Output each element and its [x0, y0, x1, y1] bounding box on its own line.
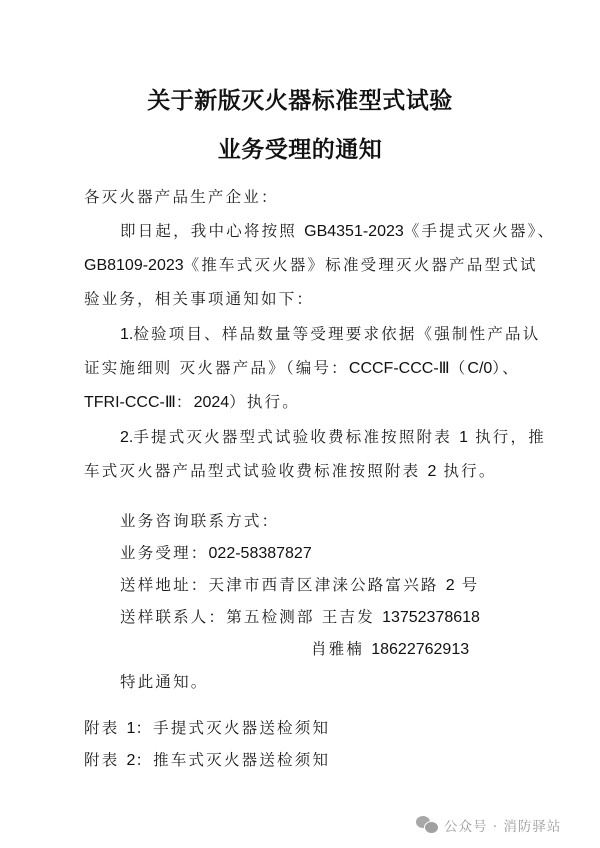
intro-text: 《推车式灭火器》标准受理灭火器产品型式试	[184, 256, 538, 274]
item-text: （	[450, 359, 468, 377]
item-number: 1.	[120, 326, 133, 343]
business-phone: 022-58387827	[209, 545, 312, 562]
contact-phone: 18622762913	[371, 641, 469, 658]
item-text: ）执行。	[229, 393, 300, 411]
intro-line-3: 验业务，相关事项通知如下：	[84, 289, 314, 309]
regulation-code: CCCF-CCC-Ⅲ	[349, 360, 450, 377]
attachment-1: 附表 1：手提式灭火器送检须知	[84, 718, 330, 739]
item-1-line-2: 证实施细则 灭火器产品》（编号：CCCF-CCC-Ⅲ（C/0）、	[84, 358, 520, 379]
regulation-code: C/0	[467, 360, 492, 377]
contact-phone: 13752378618	[382, 609, 480, 626]
document-title-line1: 关于新版灭火器标准型式试验	[0, 82, 600, 115]
item-text: 检验项目、样品数量等受理要求依据《强制性产品认	[133, 325, 540, 343]
address-suffix: 号	[455, 576, 480, 594]
contact-person-1: 送样联系人：第五检测部 王吉发 13752378618	[120, 607, 480, 628]
standard-code: GB4351-2023	[304, 223, 404, 240]
intro-text: 《手提式灭火器》、	[404, 222, 556, 240]
regulation-code: TFRI-CCC-Ⅲ	[84, 394, 176, 411]
item-text: 车式灭火器产品型式试验收费标准按照附表	[84, 462, 427, 480]
attachment-ref: 2	[427, 463, 436, 480]
item-2-line-2: 车式灭火器产品型式试验收费标准按照附表 2 执行。	[84, 461, 497, 482]
contact-business: 业务受理：022-58387827	[120, 543, 312, 564]
contact-address: 送样地址：天津市西青区津涞公路富兴路 2 号	[120, 575, 479, 596]
wechat-icon	[416, 816, 438, 834]
attachment-title: ：手提式灭火器送检须知	[135, 719, 330, 737]
item-1-line-3: TFRI-CCC-Ⅲ：2024）执行。	[84, 392, 300, 413]
attachment-ref: 1	[459, 429, 468, 446]
watermark: 公众号 · 消防驿站	[416, 815, 561, 835]
item-text: 证实施细则 灭火器产品》（编号：	[84, 359, 349, 377]
intro-text: 即日起，我中心将按照	[120, 222, 304, 240]
item-text: 手提式灭火器型式试验收费标准按照附表	[133, 428, 459, 446]
document-title-line2: 业务受理的通知	[0, 131, 600, 164]
item-text: ：	[176, 393, 194, 411]
attachment-prefix: 附表	[84, 751, 127, 769]
contact-heading: 业务咨询联系方式：	[120, 511, 279, 531]
regulation-year: 2024	[194, 394, 230, 411]
attachment-prefix: 附表	[84, 719, 127, 737]
attachment-2: 附表 2：推车式灭火器送检须知	[84, 750, 330, 771]
address-label: 送样地址：天津市西青区津涞公路富兴路	[120, 576, 446, 594]
document-page: 关于新版灭火器标准型式试验 业务受理的通知 各灭火器产品生产企业： 即日起，我中…	[0, 0, 600, 848]
contact-label: 送样联系人：第五检测部 王吉发	[120, 608, 382, 626]
contact-person-2: 肖雅楠 18622762913	[311, 639, 469, 660]
intro-line-2: GB8109-2023《推车式灭火器》标准受理灭火器产品型式试	[84, 255, 538, 276]
item-text: ）、	[492, 359, 520, 377]
item-text: 执行，推	[468, 428, 546, 446]
contact-name: 肖雅楠	[311, 640, 371, 658]
standard-code: GB8109-2023	[84, 257, 184, 274]
item-1-line-1: 1.检验项目、样品数量等受理要求依据《强制性产品认	[120, 324, 540, 345]
item-2-line-1: 2.手提式灭火器型式试验收费标准按照附表 1 执行，推	[120, 427, 546, 448]
item-text: 执行。	[436, 462, 496, 480]
closing: 特此通知。	[120, 672, 209, 692]
watermark-text: 公众号 · 消防驿站	[444, 815, 561, 835]
address-number: 2	[446, 577, 455, 594]
business-label: 业务受理：	[120, 544, 209, 562]
attachment-title: ：推车式灭火器送检须知	[135, 751, 330, 769]
salutation: 各灭火器产品生产企业：	[84, 187, 279, 207]
intro-line-1: 即日起，我中心将按照 GB4351-2023《手提式灭火器》、	[120, 221, 555, 242]
item-number: 2.	[120, 429, 133, 446]
